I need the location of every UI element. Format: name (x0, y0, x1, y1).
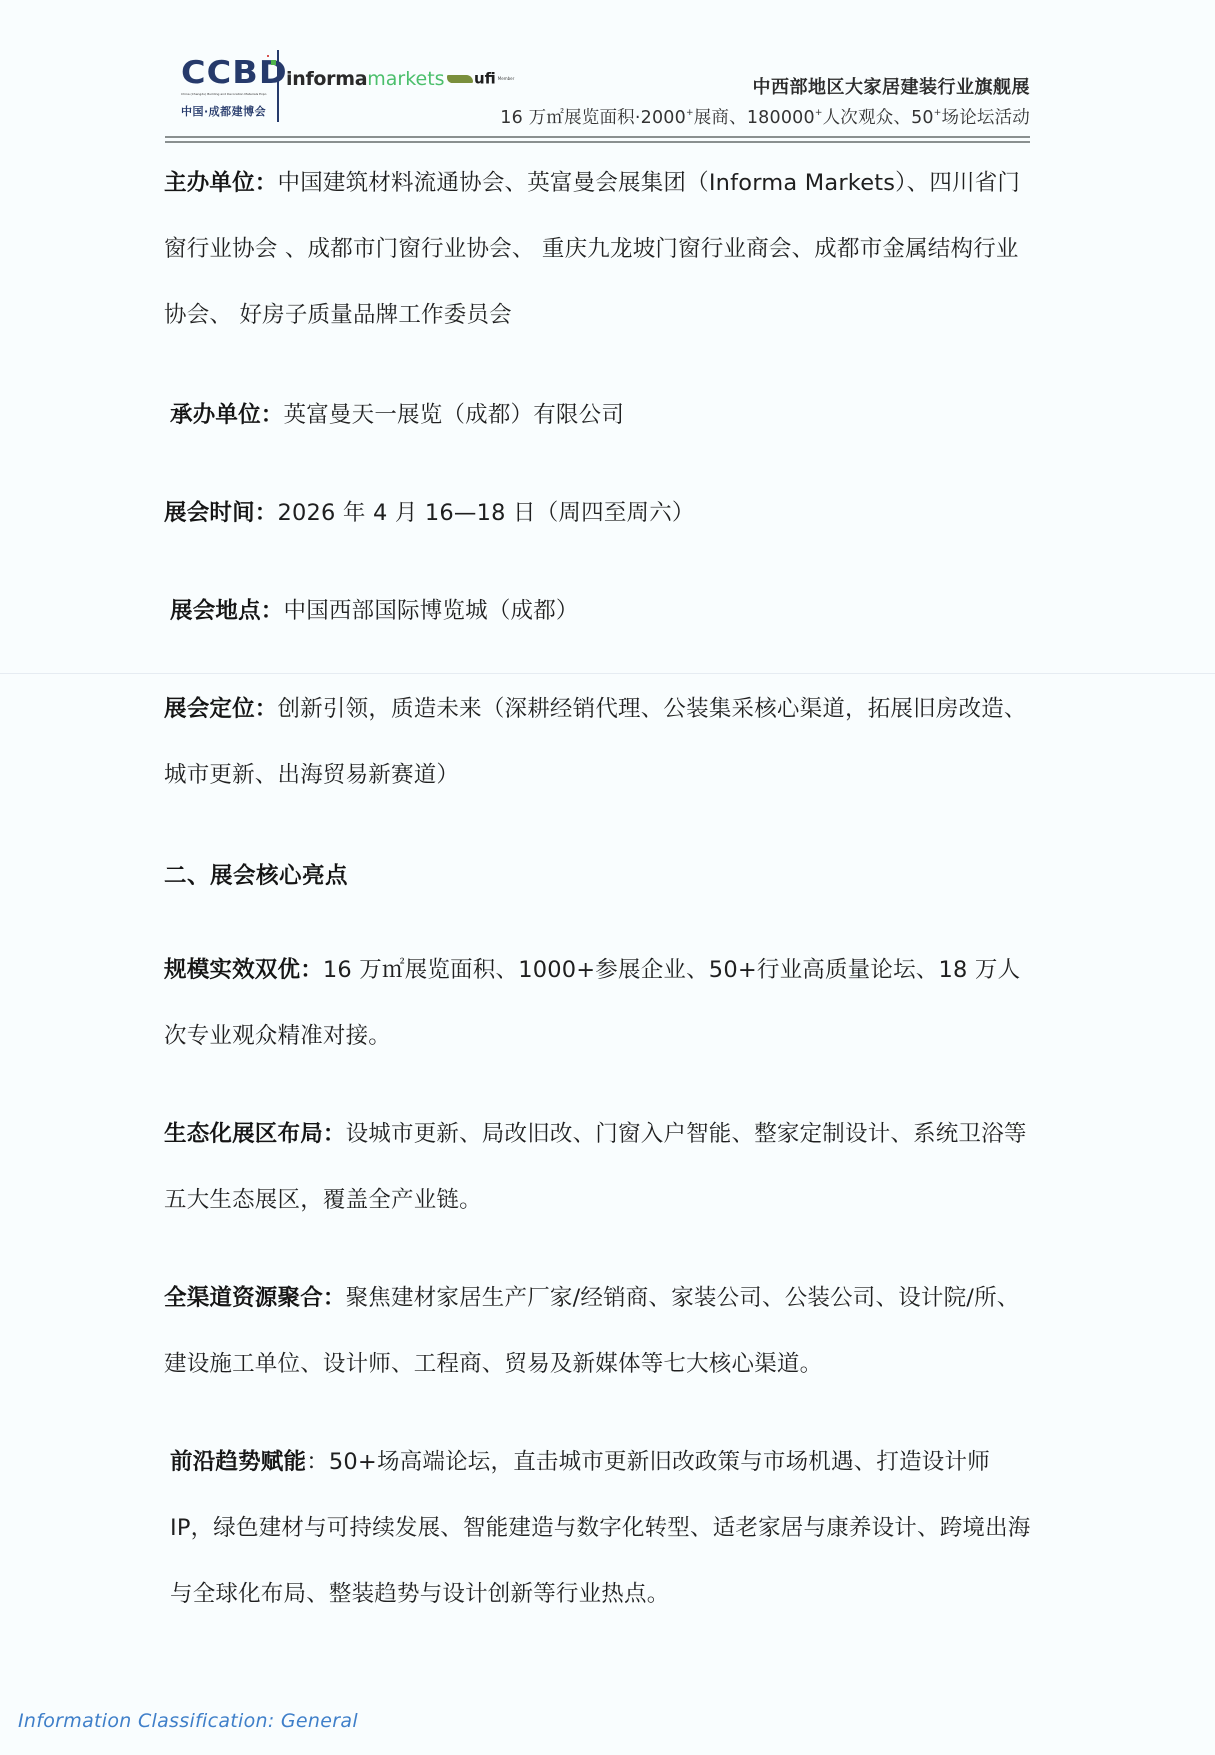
highlight-label: 生态化展区布局： (164, 1121, 346, 1147)
organizers-text: 中国建筑材料流通协会、英富曼会展集团（Informa Markets）、四川省门… (164, 170, 1020, 328)
organizers-label: 主办单位： (164, 170, 278, 196)
ccbd-green-dot-icon (271, 60, 276, 65)
exhibition-positioning-paragraph: 展会定位：创新引领，质造未来（深耕经销代理、公装集采核心渠道，拓展旧房改造、城市… (164, 676, 1034, 808)
information-classification-label: Information Classification: General (18, 1710, 358, 1732)
exhibition-positioning-text: 创新引领，质造未来（深耕经销代理、公装集采核心渠道，拓展旧房改造、城市更新、出海… (164, 696, 1027, 788)
co-organizer-paragraph: 承办单位：英富曼天一展览（成都）有限公司 (170, 382, 1040, 448)
ufi-member-text: Member (498, 76, 514, 81)
highlight-paragraph: 全渠道资源聚合：聚焦建材家居生产厂家/经销商、家装公司、公装公司、设计院/所、建… (164, 1265, 1034, 1397)
exhibition-time-paragraph: 展会时间：2026 年 4 月 16—18 日（周四至周六） (164, 480, 1034, 546)
section-heading-highlights: 二、展会核心亮点 (164, 858, 348, 890)
superscript-plus: + (934, 108, 942, 118)
ufi-word: ufi (474, 70, 496, 88)
co-organizer-text: 英富曼天一展览（成都）有限公司 (284, 402, 625, 428)
subtitle-visitors: 人次观众、50 (823, 108, 934, 128)
highlight-paragraph: 前沿趋势赋能：50+场高端论坛，直击城市更新旧改政策与市场机遇、打造设计师 IP… (170, 1429, 1040, 1627)
co-organizer-label: 承办单位： (170, 402, 284, 428)
ufi-member-logo: ufiMember (447, 68, 514, 90)
exhibition-venue-label: 展会地点： (170, 598, 284, 624)
subtitle-forums: 场论坛活动 (942, 108, 1031, 128)
highlight-label: 前沿趋势赋能 (170, 1449, 306, 1475)
superscript-plus: + (815, 108, 823, 118)
markets-word: markets (367, 68, 444, 90)
superscript-plus: + (686, 108, 694, 118)
highlight-paragraph: 规模实效双优：16 万㎡展览面积、1000+参展企业、50+行业高质量论坛、18… (164, 937, 1034, 1069)
letterhead: CCBD China (Chengdu) Building and Decora… (165, 42, 1030, 142)
exhibition-time-label: 展会时间： (164, 500, 278, 526)
logo-divider (277, 50, 279, 122)
exhibition-time-text: 2026 年 4 月 16—18 日（周四至周六） (278, 500, 695, 526)
header-subtitle: 16 万㎡展览面积·2000+展商、180000+人次观众、50+场论坛活动 (500, 104, 1030, 129)
exhibition-venue-paragraph: 展会地点：中国西部国际博览城（成都） (170, 578, 1040, 644)
document-page: CCBD China (Chengdu) Building and Decora… (0, 0, 1215, 1755)
highlight-label: 规模实效双优： (164, 957, 323, 983)
highlight-separator: ： (306, 1449, 329, 1475)
header-title: 中西部地区大家居建装行业旗舰展 (753, 73, 1031, 99)
ufi-swoosh-icon (447, 75, 473, 83)
ccbd-red-dot-icon (267, 55, 269, 57)
organizers-paragraph: 主办单位：中国建筑材料流通协会、英富曼会展集团（Informa Markets）… (164, 150, 1034, 348)
highlight-label: 全渠道资源聚合： (164, 1285, 346, 1311)
ccbd-logo: CCBD China (Chengdu) Building and Decora… (181, 58, 277, 128)
ccbd-chinese-name: 中国·成都建博会 (181, 103, 266, 119)
exhibition-positioning-label: 展会定位： (164, 696, 278, 722)
header-double-rule (165, 136, 1030, 143)
subtitle-area: 16 万㎡展览面积·2000 (500, 108, 686, 128)
ccbd-english-name: China (Chengdu) Building and Decoration … (181, 92, 271, 96)
exhibition-venue-text: 中国西部国际博览城（成都） (284, 598, 579, 624)
informa-word: informa (286, 68, 367, 90)
highlight-paragraph: 生态化展区布局：设城市更新、局改旧改、门窗入户智能、整家定制设计、系统卫浴等五大… (164, 1101, 1034, 1233)
informa-markets-logo: informamarkets (286, 68, 445, 90)
subtitle-exhibitors: 展商、180000 (694, 108, 815, 128)
scan-streak (0, 673, 1215, 674)
